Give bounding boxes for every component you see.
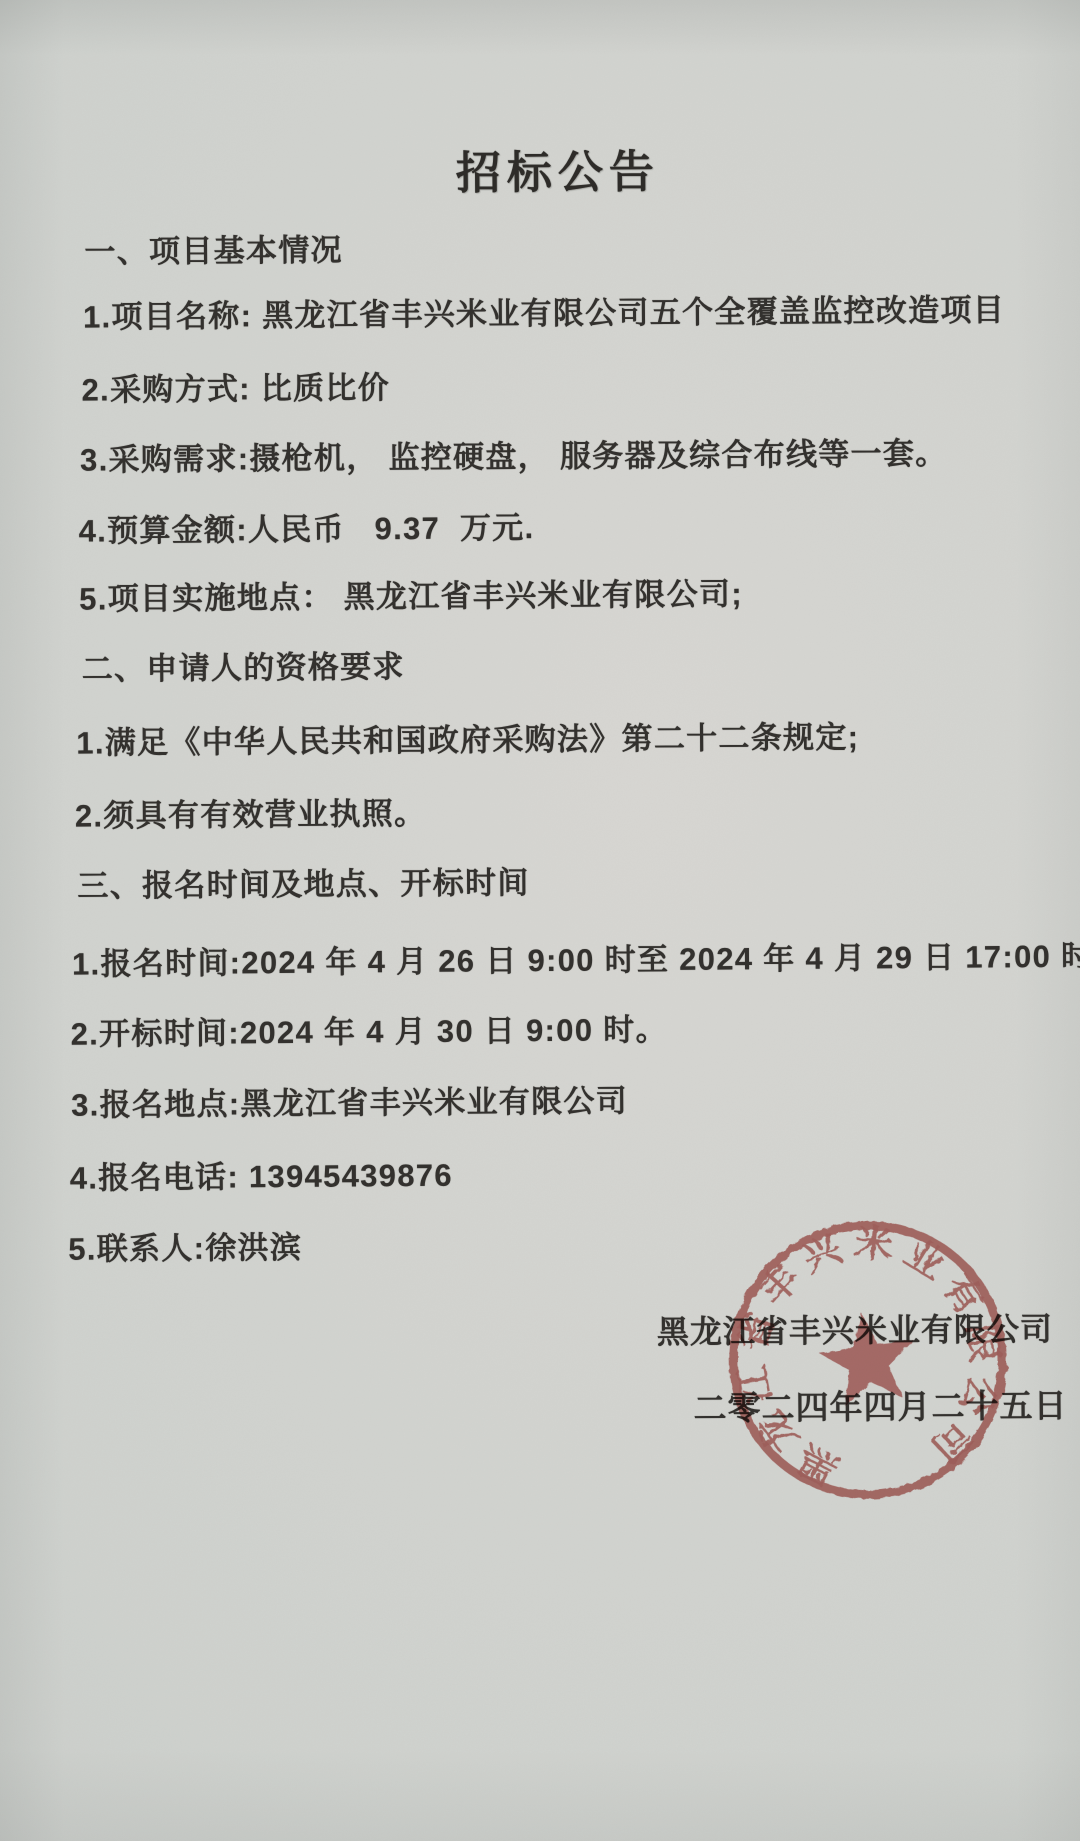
document-photo: 招标公告 一、项目基本情况 1.项目名称: 黑龙江省丰兴米业有限公司五个全覆盖监… — [0, 0, 1080, 1841]
item-project-name: 1.项目名称: 黑龙江省丰兴米业有限公司五个全覆盖监控改造项目 — [83, 284, 1005, 336]
item-qualification-2: 2.须具有有效营业执照。 — [75, 788, 427, 836]
section-heading-3: 三、报名时间及地点、开标时间 — [77, 857, 530, 906]
signature-date: 二零二四年四月二十五日 — [693, 1380, 1067, 1430]
document-title: 招标公告 — [456, 135, 661, 202]
item-contact-person: 5.联系人:徐洪滨 — [68, 1222, 302, 1269]
item-signup-phone: 4.报名电话: 13945439876 — [70, 1150, 453, 1198]
item-qualification-1: 1.满足《中华人民共和国政府采购法》第二十二条规定; — [76, 711, 859, 762]
section-heading-1: 一、项目基本情况 — [84, 225, 343, 272]
item-signup-time: 1.报名时间:2024 年 4 月 26 日 9:00 时至 2024 年 4 … — [72, 930, 1080, 983]
item-budget: 4.预算金额:人民币 9.37 万元. — [78, 502, 534, 551]
item-open-time: 2.开标时间:2024 年 4 月 30 日 9:00 时。 — [70, 1004, 668, 1054]
item-signup-place: 3.报名地点:黑龙江省丰兴米业有限公司 — [71, 1075, 628, 1124]
item-procure-need: 3.采购需求:摄枪机， 监控硬盘， 服务器及综合布线等一套。 — [80, 428, 948, 480]
document-title-text: 招标公告 — [456, 146, 660, 199]
item-procure-method: 2.采购方式: 比质比价 — [81, 362, 390, 409]
document-content: 招标公告 一、项目基本情况 1.项目名称: 黑龙江省丰兴米业有限公司五个全覆盖监… — [0, 0, 1080, 1841]
item-location: 5.项目实施地点： 黑龙江省丰兴米业有限公司; — [79, 568, 743, 618]
section-heading-2: 二、申请人的资格要求 — [82, 641, 405, 689]
signature-company: 黑龙江省丰兴米业有限公司 — [657, 1304, 1053, 1353]
